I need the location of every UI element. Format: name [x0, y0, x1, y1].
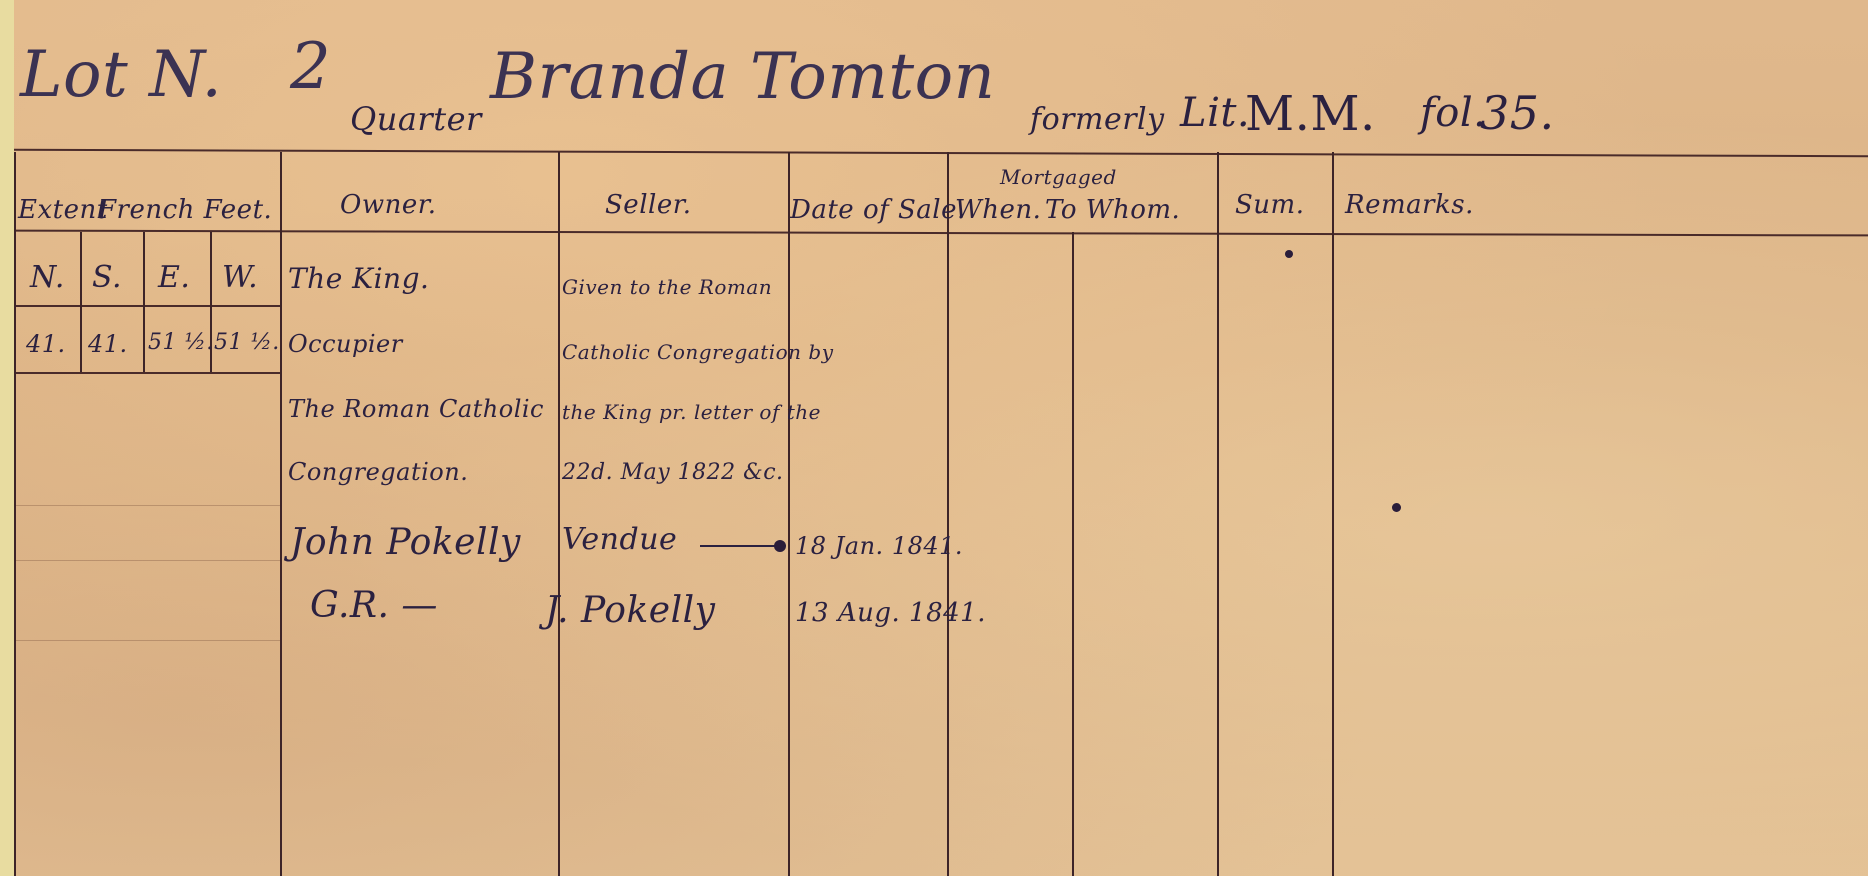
col-rule-date [788, 152, 790, 876]
header-extent: Extent [18, 195, 108, 225]
seller-line: J. Pokelly [545, 590, 715, 631]
seller-line: the King pr. letter of the [562, 400, 821, 424]
owner-line: Occupier [288, 330, 403, 358]
seller-line: Catholic Congregation by [562, 340, 834, 364]
faint-rule-2 [14, 560, 282, 561]
ink-spot [1285, 250, 1293, 258]
extent-direction-s: S. [92, 260, 122, 295]
col-rule-owner [280, 152, 282, 876]
col-rule-left [14, 152, 16, 876]
owner-line: John Pokelly [290, 522, 521, 563]
header-date-of-sale: Date of Sale. [790, 195, 966, 225]
seller-line: 22d. May 1822 &c. [562, 460, 784, 485]
owner-line: The King. [288, 262, 429, 295]
date-of-sale: 13 Aug. 1841. [795, 598, 986, 628]
extent-value-w: 51 ½. [214, 330, 280, 355]
ledger-page: Lot N. 2 Quarter Branda Tomton formerly … [0, 0, 1868, 876]
extent-col-rule-1 [80, 232, 82, 372]
seller-line: Vendue [562, 522, 677, 557]
vendue-flourish [700, 545, 780, 547]
header-owner: Owner. [340, 190, 437, 220]
col-rule-when [947, 152, 949, 876]
header-bottom-rule [14, 230, 1868, 237]
col-rule-remarks [1332, 152, 1334, 876]
col-rule-to-whom [1072, 232, 1074, 876]
lot-label: Lot N. [20, 38, 222, 112]
extent-direction-e: E. [158, 260, 190, 295]
header-to-whom: To Whom. [1045, 195, 1180, 225]
extent-rule-2 [14, 372, 282, 374]
owner-line: G.R. — [310, 585, 438, 626]
owner-line: Congregation. [288, 458, 468, 486]
folio-label: fol. [1420, 90, 1486, 136]
formerly-label: formerly [1030, 102, 1165, 137]
seller-line: Given to the Roman [562, 275, 772, 299]
header-mortgaged: Mortgaged [1000, 165, 1117, 189]
extent-value-s: 41. [88, 330, 128, 358]
owner-line: The Roman Catholic [288, 395, 544, 423]
header-when: When. [955, 195, 1041, 225]
extent-rule-1 [14, 305, 282, 307]
extent-col-rule-2 [143, 232, 145, 372]
header-french-feet: French Feet. [98, 195, 272, 225]
former-lit: M.M. [1245, 86, 1376, 142]
date-of-sale: 18 Jan. 1841. [795, 532, 963, 560]
header-top-rule [14, 149, 1868, 157]
header-remarks: Remarks. [1345, 190, 1474, 220]
lot-number: 2 [290, 30, 331, 104]
extent-value-n: 41. [26, 330, 66, 358]
quarter-name: Branda Tomton [490, 40, 995, 114]
extent-direction-n: N. [30, 260, 65, 295]
col-rule-sum [1217, 152, 1219, 876]
header-sum: Sum. [1235, 190, 1304, 220]
page-margin [0, 0, 14, 876]
former-lit-label: Lit. [1180, 90, 1250, 136]
faint-rule-1 [14, 505, 282, 506]
folio-number: 35. [1480, 86, 1555, 140]
ink-spot [1392, 503, 1401, 512]
extent-value-e: 51 ½. [148, 330, 214, 355]
faint-rule-3 [14, 640, 282, 641]
quarter-label: Quarter [350, 100, 482, 138]
extent-direction-w: W. [222, 260, 258, 295]
ink-blot [774, 540, 786, 552]
col-rule-seller [558, 152, 560, 876]
header-seller: Seller. [605, 190, 692, 220]
